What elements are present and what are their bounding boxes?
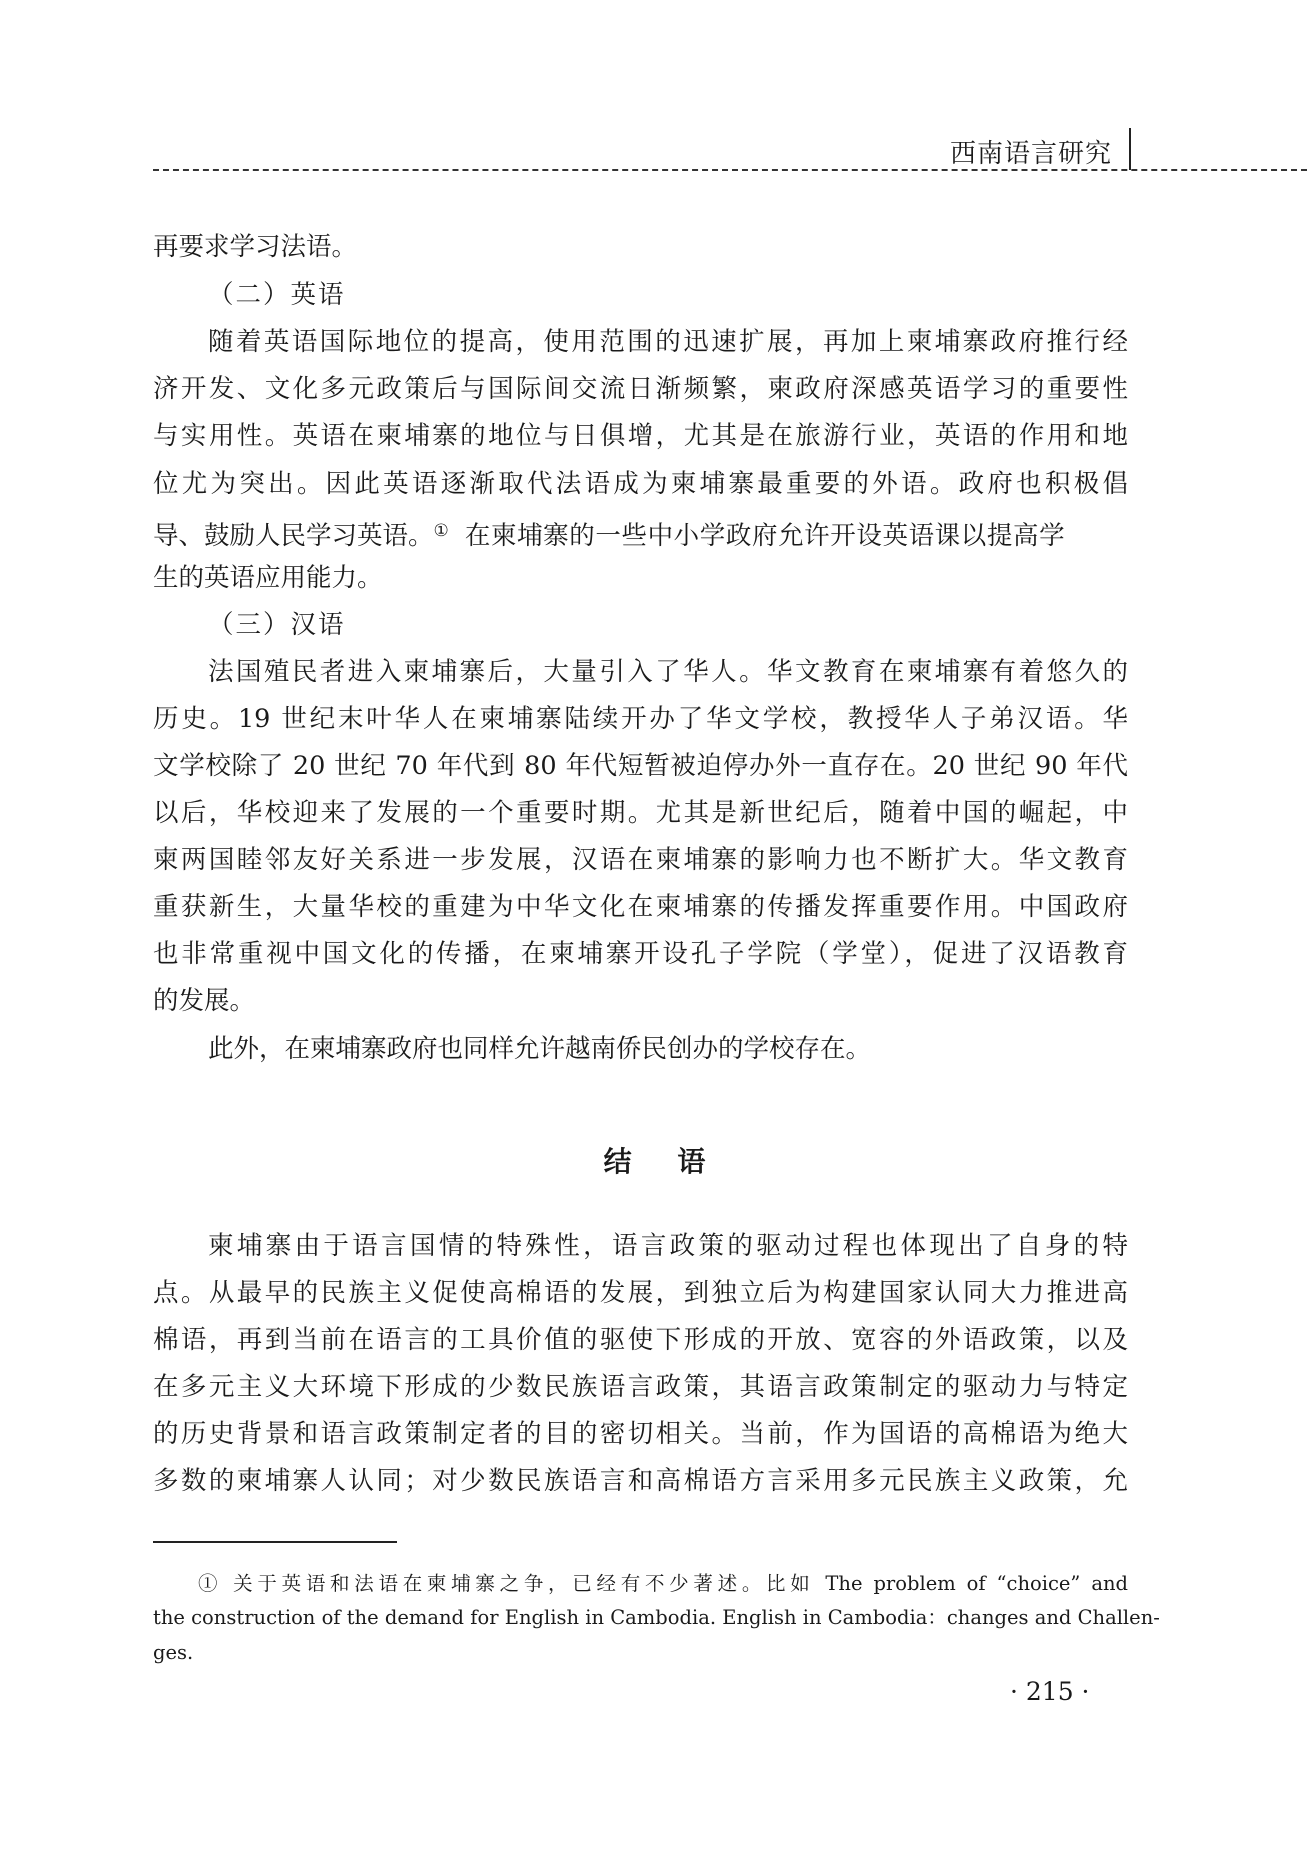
paragraph-line: 与实用性。英语在柬埔寨的地位与日俱增，尤其是在旅游行业，英语的作用和地 xyxy=(153,421,1128,451)
paragraph-line: 法国殖民者进入柬埔寨后，大量引入了华人。华文教育在柬埔寨有着悠久的 xyxy=(208,657,1128,687)
paragraph-line: 再要求学习法语。 xyxy=(153,232,1128,262)
page-number: · 215 · xyxy=(1010,1677,1090,1706)
footnote-line: the construction of the demand for Engli… xyxy=(153,1606,1128,1630)
paragraph-text: 在柬埔寨的一些中小学政府允许开设英语课以提高学 xyxy=(465,521,1065,551)
paragraph-line: 济开发、文化多元政策后与国际间交流日渐频繁，柬政府深感英语学习的重要性 xyxy=(153,374,1128,404)
paragraph-line: 点。从最早的民族主义促使高棉语的发展，到独立后为构建国家认同大力推进高 xyxy=(153,1278,1128,1308)
header-divider xyxy=(1129,128,1131,170)
paragraph-line: 历史。19 世纪末叶华人在柬埔寨陆续开办了华文学校，教授华人子弟汉语。华 xyxy=(153,704,1128,734)
paragraph-line: 棉语，再到当前在语言的工具价值的驱使下形成的开放、宽容的外语政策，以及 xyxy=(153,1325,1128,1355)
paragraph-line: 在多元主义大环境下形成的少数民族语言政策，其语言政策制定的驱动力与特定 xyxy=(153,1372,1128,1402)
footnote-line: ges. xyxy=(153,1641,1128,1665)
paragraph-line: 此外，在柬埔寨政府也同样允许越南侨民创办的学校存在。 xyxy=(208,1034,1128,1064)
header-dashed-rule xyxy=(153,169,1307,171)
paragraph-text: 导、鼓励人民学习英语。 xyxy=(153,521,434,551)
paragraph-line: 也非常重视中国文化的传播，在柬埔寨开设孔子学院（学堂），促进了汉语教育 xyxy=(153,939,1128,969)
subheading-chinese: （三）汉语 xyxy=(208,610,346,640)
section-title-conclusion: 结 语 xyxy=(0,1140,1307,1180)
paragraph-line: 位尤为突出。因此英语逐渐取代法语成为柬埔寨最重要的外语。政府也积极倡 xyxy=(153,469,1128,499)
paragraph-line: 柬两国睦邻友好关系进一步发展，汉语在柬埔寨的影响力也不断扩大。华文教育 xyxy=(153,845,1128,875)
footnote-ref[interactable]: ① xyxy=(434,521,449,541)
footnote-line: ① 关于英语和法语在柬埔寨之争，已经有不少著述。比如 The problem o… xyxy=(198,1572,1128,1596)
paragraph-line-with-note: 导、鼓励人民学习英语。① 在柬埔寨的一些中小学政府允许开设英语课以提高学 xyxy=(153,516,1128,551)
paragraph-line: 的发展。 xyxy=(153,986,1128,1016)
paragraph-line: 随着英语国际地位的提高，使用范围的迅速扩展，再加上柬埔寨政府推行经 xyxy=(208,327,1128,357)
paragraph-line: 柬埔寨由于语言国情的特殊性，语言政策的驱动过程也体现出了自身的特 xyxy=(208,1231,1128,1261)
paragraph-line: 多数的柬埔寨人认同；对少数民族语言和高棉语方言采用多元民族主义政策，允 xyxy=(153,1466,1128,1496)
paragraph-line: 以后，华校迎来了发展的一个重要时期。尤其是新世纪后，随着中国的崛起，中 xyxy=(153,798,1128,828)
paragraph-line: 重获新生，大量华校的重建为中华文化在柬埔寨的传播发挥重要作用。中国政府 xyxy=(153,892,1128,922)
subheading-english: （二）英语 xyxy=(208,280,346,310)
footnote-rule xyxy=(153,1541,397,1543)
paragraph-line: 生的英语应用能力。 xyxy=(153,563,1128,593)
journal-title: 西南语言研究 xyxy=(950,133,1112,170)
paragraph-line: 的历史背景和语言政策制定者的目的密切相关。当前，作为国语的高棉语为绝大 xyxy=(153,1419,1128,1449)
paragraph-line: 文学校除了 20 世纪 70 年代到 80 年代短暂被迫停办外一直存在。20 世… xyxy=(153,751,1128,781)
